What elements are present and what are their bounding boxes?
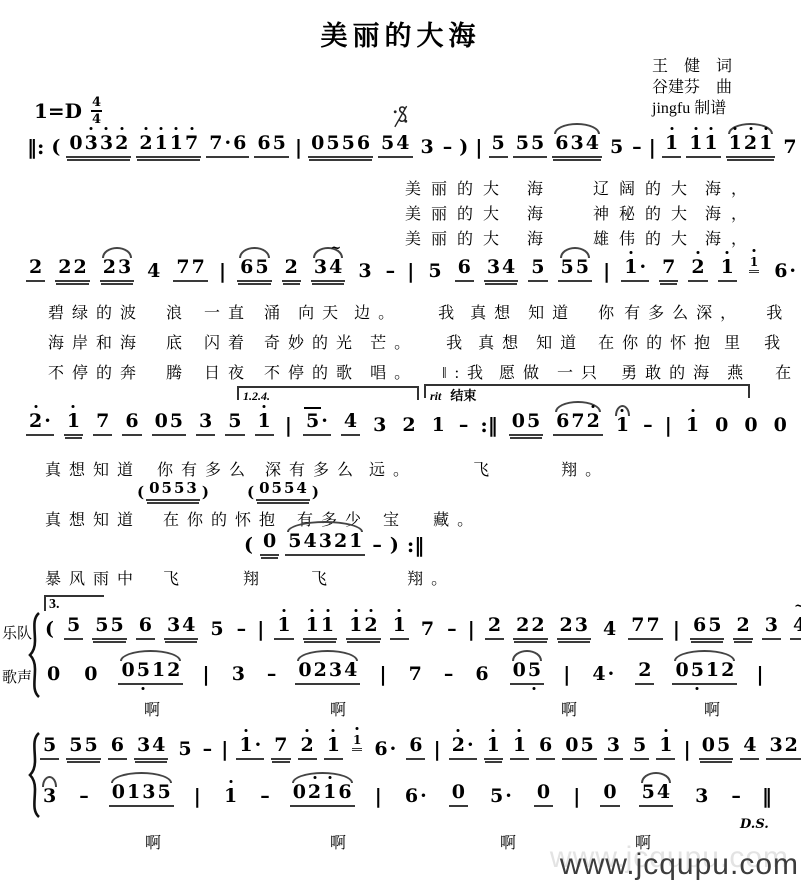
lyrics-row-storm: 暴风雨中飞翔飞翔。 — [45, 566, 455, 589]
barline: | — [682, 739, 691, 760]
barline: | — [474, 137, 483, 158]
note-group: 05 — [699, 736, 733, 760]
note: 2 — [307, 783, 322, 803]
note: 4 — [302, 532, 317, 552]
key-signature: 1=D — [34, 99, 82, 123]
note-group: 22 — [55, 258, 89, 282]
note: 6 — [457, 258, 472, 278]
note-group: 54321 — [285, 532, 365, 556]
note: 0 — [602, 783, 617, 803]
lyric-seg: 奇妙的光 — [264, 330, 360, 353]
note: 1 — [392, 616, 407, 636]
note: 2 — [284, 258, 299, 278]
note: 6 — [239, 258, 254, 278]
note: 4~ — [792, 616, 801, 636]
note: 0 — [120, 661, 135, 681]
note: 5 — [305, 412, 320, 432]
note: 5 — [716, 736, 731, 756]
lyric-seg: 芒。 — [370, 330, 418, 353]
lyric-seg: 腾 — [166, 360, 190, 383]
lyric-seg: 海 — [527, 201, 553, 224]
octave-dot-high — [160, 127, 163, 130]
lyric-seg: 在你的怀抱 — [163, 507, 283, 530]
lyric-seg: 不停的歌 — [264, 360, 360, 383]
note: 0 — [743, 416, 758, 436]
lyric-seg: 翔。 — [561, 457, 609, 480]
note: 2 — [363, 616, 378, 636]
lyric-seg: 在你的怀抱 — [598, 330, 718, 353]
note: 0 — [773, 416, 788, 436]
octave-dot-high — [229, 780, 232, 783]
barline: | — [193, 786, 202, 807]
barline: | — [432, 739, 441, 760]
note-group: 0332 — [66, 134, 131, 158]
music-symbol: – — [78, 787, 90, 807]
note-group: 1· — [621, 258, 649, 282]
note: 3 — [166, 616, 181, 636]
note: 1 — [151, 661, 166, 681]
note-group: 2 — [733, 616, 752, 640]
note-group: 7 — [659, 258, 678, 282]
note-group: 55 — [92, 616, 126, 640]
lyric-seg: 你 — [598, 300, 622, 323]
note-group: 11 — [303, 616, 337, 640]
lyric-seg: 飞 — [311, 566, 335, 589]
note: 0 — [297, 661, 312, 681]
time-denominator: 4 — [92, 113, 101, 126]
note-group: 3 — [229, 665, 248, 685]
note-group: 6 — [536, 736, 555, 760]
note-group: 3 — [370, 416, 389, 436]
note-group: 5 — [175, 740, 194, 760]
note: 1 — [257, 412, 272, 432]
note-group: 12 — [346, 616, 380, 640]
barline: | — [672, 619, 681, 640]
note: 3 — [357, 262, 372, 282]
note: 3 — [318, 532, 333, 552]
music-symbol: ) — [201, 485, 210, 501]
note-group: 0 — [81, 665, 100, 685]
note: 7 — [420, 620, 435, 640]
notation-line-3: 2·17605351|5·4321–:‖056721–|1000‖ — [26, 412, 801, 436]
note-group: 2 — [282, 258, 301, 282]
note-group: 0 — [600, 783, 619, 807]
note-group: 0556 — [308, 134, 373, 158]
note: 2 — [690, 258, 705, 278]
note: 0 — [148, 481, 160, 497]
note: 5 — [283, 481, 295, 497]
note: 3 — [420, 138, 435, 158]
barline: | — [218, 261, 227, 282]
barline: :‖ — [406, 535, 425, 556]
note: 0 — [68, 134, 83, 154]
note-group: 1 — [221, 787, 240, 807]
music-symbol: – — [385, 262, 397, 282]
note-group: 0135 — [109, 783, 174, 807]
note: 2 — [586, 412, 601, 432]
music-symbol: ) — [389, 536, 400, 556]
note: · — [607, 665, 616, 685]
lyric-seg: 美丽的大 — [405, 176, 509, 199]
note: · — [254, 736, 263, 756]
music-symbol: – — [202, 740, 214, 760]
lyric-seg: 飞 — [163, 566, 187, 589]
note: 6 — [356, 134, 371, 154]
octave-dot-high — [764, 127, 767, 130]
note: 5 — [227, 412, 242, 432]
note: 3 — [313, 258, 328, 278]
lyric-seg: 海 — [527, 226, 553, 249]
note: 6 — [404, 787, 419, 807]
lyric-seg: 知道 — [528, 300, 576, 323]
note-group: 0512 — [118, 661, 183, 685]
note: 3 — [764, 616, 779, 636]
note-group: 6 — [136, 616, 155, 640]
note-group: 1· — [236, 736, 264, 760]
note-group: 1 — [484, 736, 503, 760]
note: 0 — [674, 661, 689, 681]
lyric-seg: 啊 — [704, 697, 720, 720]
note: 0 — [258, 481, 270, 497]
lyric-seg: 燕 — [727, 360, 751, 383]
key-time-signature: 1=D 4 4 — [34, 96, 102, 126]
note: 1 — [703, 134, 718, 154]
note-group: 0512 — [672, 661, 737, 685]
music-symbol: ( — [243, 536, 254, 556]
note: 1 — [664, 134, 679, 154]
note: 7 — [273, 736, 288, 756]
lyric-seg: 神秘的大 — [593, 201, 697, 224]
barline: | — [406, 261, 415, 282]
note-group: 5 — [40, 736, 59, 760]
note-group: 7 — [780, 138, 799, 158]
note-group: 1 — [718, 258, 737, 282]
note-group: 5 — [607, 138, 626, 158]
notation-line-1: ‖:(033221177·665|0556543–)|5556345–|1111… — [26, 134, 801, 158]
lyric-seg: 海， — [705, 201, 757, 224]
note: 1 — [348, 532, 363, 552]
note: 4 — [295, 481, 307, 497]
note: 5 — [68, 736, 83, 756]
octave-dot-high — [457, 729, 460, 732]
octave-dot-high — [670, 127, 673, 130]
note: 1 — [728, 134, 743, 154]
lyric-seg: 底 — [166, 330, 190, 353]
note: 7 — [630, 616, 645, 636]
lyric-seg: 深， — [696, 300, 744, 323]
lyric-seg: 向天 — [298, 300, 346, 323]
octave-dot-high — [175, 127, 178, 130]
note: 6 — [110, 736, 125, 756]
note: 7 — [661, 258, 676, 278]
credit-lyricist: 王 健 词 — [652, 56, 732, 77]
note-group: 55 — [66, 736, 100, 760]
barline: | — [256, 619, 265, 640]
note-group: 0216 — [290, 783, 355, 807]
note-group: 0 — [771, 416, 790, 436]
note-group: 0 — [741, 416, 760, 436]
note: 7 — [782, 138, 797, 158]
note: 3 — [486, 258, 501, 278]
note-group: 65 — [237, 258, 271, 282]
note: 1 — [758, 134, 773, 154]
note: 7 — [408, 665, 423, 685]
octave-dot-high — [105, 127, 108, 130]
note-group: 1 — [64, 412, 83, 436]
barline: | — [220, 739, 229, 760]
note: 5 — [526, 412, 541, 432]
octave-dot-high — [691, 409, 694, 412]
music-symbol: – — [442, 138, 454, 158]
lyric-seg: 飞 — [473, 457, 497, 480]
lyric-seg: 我 — [438, 300, 462, 323]
octave-dot-high — [749, 127, 752, 130]
time-numerator: 4 — [92, 96, 101, 109]
note: 1 — [658, 736, 673, 756]
lyric-seg: 真想 — [470, 300, 518, 323]
lyric-seg: 真想知道 — [45, 507, 141, 530]
notation-figure-0554: (0554) — [246, 481, 320, 501]
lyric-seg: 美丽的大 — [405, 226, 509, 249]
lyric-seg: 真想知道 — [45, 457, 141, 480]
octave-dot-high — [492, 729, 495, 732]
note: 5 — [209, 620, 224, 640]
octave-dot-high — [369, 609, 372, 612]
note: 5 — [271, 481, 283, 497]
note: 2 — [487, 616, 502, 636]
note-group: 121 — [726, 134, 776, 158]
note-group: 634 — [552, 134, 602, 158]
note-group: 5· — [303, 412, 331, 436]
lyric-seg: 宝 — [383, 507, 407, 530]
note: 5 — [66, 616, 81, 636]
note-group: 6· — [771, 262, 799, 282]
note-group: 1 — [390, 616, 409, 640]
note: 2 — [451, 736, 466, 756]
octave-dot-high — [629, 251, 632, 254]
note: 2 — [28, 258, 43, 278]
lyric-seg: 有多么 — [624, 300, 696, 323]
lyric-seg: 闪着 — [204, 330, 252, 353]
note-group: 34 — [164, 616, 198, 640]
note: 4 — [591, 665, 606, 685]
note-group: 3 — [40, 787, 59, 807]
note: 6 — [124, 412, 139, 432]
note: 0 — [154, 412, 169, 432]
note-group: 54 — [639, 783, 673, 807]
barline: | — [602, 261, 611, 282]
barline: | — [467, 619, 476, 640]
note-group: 4 — [341, 412, 360, 436]
octave-dot-high — [144, 127, 147, 130]
note: 0 — [292, 783, 307, 803]
octave-dot-high — [592, 405, 595, 408]
note-group: 05 — [562, 736, 596, 760]
note-group: 0 — [260, 532, 279, 556]
music-symbol: – — [371, 536, 383, 556]
music-symbol: ) — [311, 485, 320, 501]
note: 4 — [181, 616, 196, 636]
note-group: 2· — [449, 736, 477, 760]
note: 6 — [373, 740, 388, 760]
note: 2 — [166, 661, 181, 681]
note-group: 1 — [662, 134, 681, 158]
note: 6 — [232, 134, 247, 154]
note: 1 — [685, 416, 700, 436]
note: 2 — [333, 532, 348, 552]
music-symbol: ( — [44, 620, 55, 640]
note: 5 — [83, 736, 98, 756]
note-group: 4 — [600, 620, 619, 640]
music-symbol: – — [631, 138, 643, 158]
note: 1 — [66, 412, 81, 432]
octave-dot-high — [306, 729, 309, 732]
music-symbol: – — [446, 620, 458, 640]
note: 1 — [276, 616, 291, 636]
note-group: 2 — [399, 416, 418, 436]
octave-dot-high — [328, 776, 331, 779]
note: 1 — [223, 787, 238, 807]
note: 3 — [606, 736, 621, 756]
note: 5 — [169, 412, 184, 432]
lyric-seg: 远。 — [369, 457, 417, 480]
note-group: 34~ — [311, 258, 345, 282]
note: 2 — [515, 616, 530, 636]
note: 5 — [427, 262, 442, 282]
note-group: 0 — [712, 416, 731, 436]
octave-dot-high — [354, 609, 357, 612]
note-group: 5 — [425, 262, 444, 282]
note-group: 6· — [371, 740, 399, 760]
note: 1 — [322, 783, 337, 803]
note: 4 — [602, 620, 617, 640]
note: 6 — [474, 665, 489, 685]
note: 5 — [254, 258, 269, 278]
barline: | — [294, 137, 303, 158]
octave-dot-high — [190, 127, 193, 130]
lyric-seg: 不停的奔 — [48, 360, 144, 383]
note: 4 — [343, 412, 358, 432]
volta-label-124: 1.2.4. — [243, 389, 270, 404]
note: 3 — [99, 134, 114, 154]
note-group: 0234 — [295, 661, 360, 685]
lyrics-verse1-row2: 美丽的大海神秘的大海， — [405, 201, 757, 224]
note-group: 05 — [509, 412, 543, 436]
note-group: 2 — [485, 616, 504, 640]
note-group: 1 — [324, 736, 343, 760]
octave-dot-high — [90, 127, 93, 130]
notation-band-a: (5556345–|1111217–|22223477|65234~3–| — [44, 616, 801, 640]
note: 0 — [536, 783, 551, 803]
note: 0 — [564, 736, 579, 756]
octave-dot-high — [734, 127, 737, 130]
lyric-seg: 啊 — [561, 697, 577, 720]
note-group: 4 — [144, 262, 163, 282]
note: 3 — [117, 258, 132, 278]
note-group: 0 — [534, 783, 553, 807]
note: 2 — [114, 134, 129, 154]
barline: ‖: — [26, 137, 45, 158]
lyric-seg: 真想 — [478, 330, 526, 353]
note: 5 — [173, 481, 185, 497]
lyric-seg: 边。 — [354, 300, 402, 323]
note: 3 — [328, 661, 343, 681]
octave-dot-high — [518, 729, 521, 732]
note: · — [639, 258, 648, 278]
note-group: 32 — [766, 736, 800, 760]
note: 2 — [138, 134, 153, 154]
lyrics-verse1-row1: 美丽的大海辽阔的大海， — [405, 176, 757, 199]
note-group: 23 — [100, 258, 134, 282]
note-group: 7 — [271, 736, 290, 760]
lyric-seg: 你有多么 — [157, 457, 253, 480]
note: 1 — [705, 661, 720, 681]
note-group: 3 — [604, 736, 623, 760]
note: 7 — [191, 258, 206, 278]
note-group: 5 — [225, 412, 244, 436]
note: 5 — [632, 736, 647, 756]
notation-band-b: 5556345–|1·72116·6|2·11605351|054321–)‖ — [40, 736, 801, 760]
notation-line-2: 22223477|65234~3–|5634555|1·72116·6| — [26, 258, 801, 282]
note: 1 — [623, 258, 638, 278]
music-symbol: – — [642, 416, 654, 436]
lyric-seg: 在 — [775, 360, 799, 383]
note: 2 — [401, 416, 416, 436]
note: 3 — [198, 412, 213, 432]
octave-dot-high — [398, 609, 401, 612]
note: 5 — [136, 661, 151, 681]
note-group: 77 — [628, 616, 662, 640]
note-group: 1 — [613, 416, 632, 436]
lyrics-row-treasure: 真想知道在你的怀抱有多少宝藏。 — [45, 507, 481, 530]
lyric-seg: 辽阔的大 — [593, 176, 697, 199]
octave-dot-high — [726, 251, 729, 254]
note-group: 3 — [418, 138, 437, 158]
octave-dot-low — [696, 687, 699, 690]
lyric-seg: 我 — [446, 330, 470, 353]
note: 2 — [559, 616, 574, 636]
lyric-seg: 藏。 — [433, 507, 481, 530]
note: 5 — [161, 481, 173, 497]
note: 1 — [688, 134, 703, 154]
note-group: 3 — [355, 262, 374, 282]
note: 7 — [645, 616, 660, 636]
note-group: 34 — [484, 258, 518, 282]
note: 3 — [136, 736, 151, 756]
lyric-seg: 勇敢的海 — [621, 360, 717, 383]
note-group: 0 — [449, 783, 468, 807]
note-group: 7 — [406, 665, 425, 685]
octave-dot-high — [326, 609, 329, 612]
octave-dot-low — [142, 687, 145, 690]
note: · — [224, 134, 233, 154]
note: 1 — [486, 736, 501, 756]
time-signature: 4 4 — [91, 96, 102, 126]
note: 4 — [151, 736, 166, 756]
note: 5 — [575, 258, 590, 278]
lyric-seg: 我 — [766, 300, 790, 323]
note-group: 22 — [513, 616, 547, 640]
note: · — [320, 412, 329, 432]
note: 1 — [348, 616, 363, 636]
note: 2 — [530, 616, 545, 636]
note: 3 — [231, 665, 246, 685]
lyric-seg: 愿做 — [499, 360, 547, 383]
music-symbol: ) — [458, 138, 469, 158]
barline: | — [755, 664, 764, 685]
note: 1 — [154, 134, 169, 154]
note: 1 — [320, 616, 335, 636]
